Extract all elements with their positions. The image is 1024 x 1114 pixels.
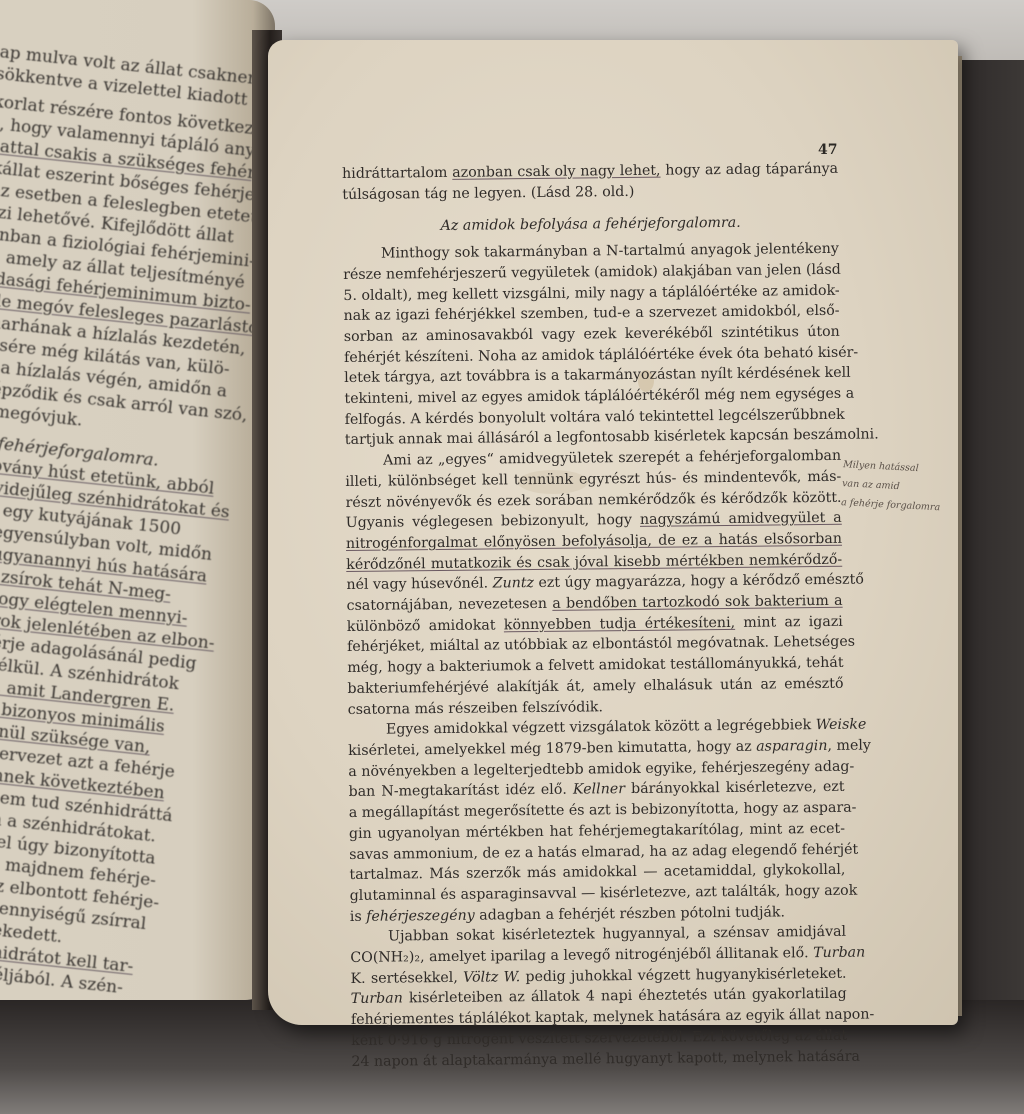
underlined-text: azonban csak oly nagy lehet, xyxy=(452,163,660,181)
page-number: 47 xyxy=(818,142,837,158)
author-name: Zuntz xyxy=(493,575,534,591)
section-heading: Az amidok befolyása a fehérjeforgalomra. xyxy=(343,212,839,238)
author-name: Kellner xyxy=(573,781,625,798)
term: asparagin xyxy=(756,738,827,755)
author-name: Weiske xyxy=(816,717,867,734)
author-name: Völtz W. xyxy=(463,969,520,986)
underlined-text: a bendőben tartozkodó sok bakterium a xyxy=(552,593,842,612)
author-name: Turban xyxy=(351,991,403,1008)
page-body-text: hidráttartalom azonban csak oly nagy leh… xyxy=(342,159,847,1072)
author-name: Turban xyxy=(813,945,865,962)
left-page: nap mulva volt az állat csaknem csökkent… xyxy=(0,0,275,1000)
handwritten-margin-note: Milyen hatással van az amid a fehérje fo… xyxy=(841,455,954,518)
background-shadow xyxy=(960,60,1024,1060)
left-page-text: nap mulva volt az állat csaknem csökkent… xyxy=(0,40,259,1000)
text-line: túlságosan tág ne legyen. (Lásd 28. old.… xyxy=(342,180,838,206)
underlined-text: könnyebben tudja értékesíteni, xyxy=(504,615,735,633)
term: fehérjeszegény xyxy=(366,907,475,924)
underlined-text: nagyszámú amidvegyület a xyxy=(640,510,842,528)
